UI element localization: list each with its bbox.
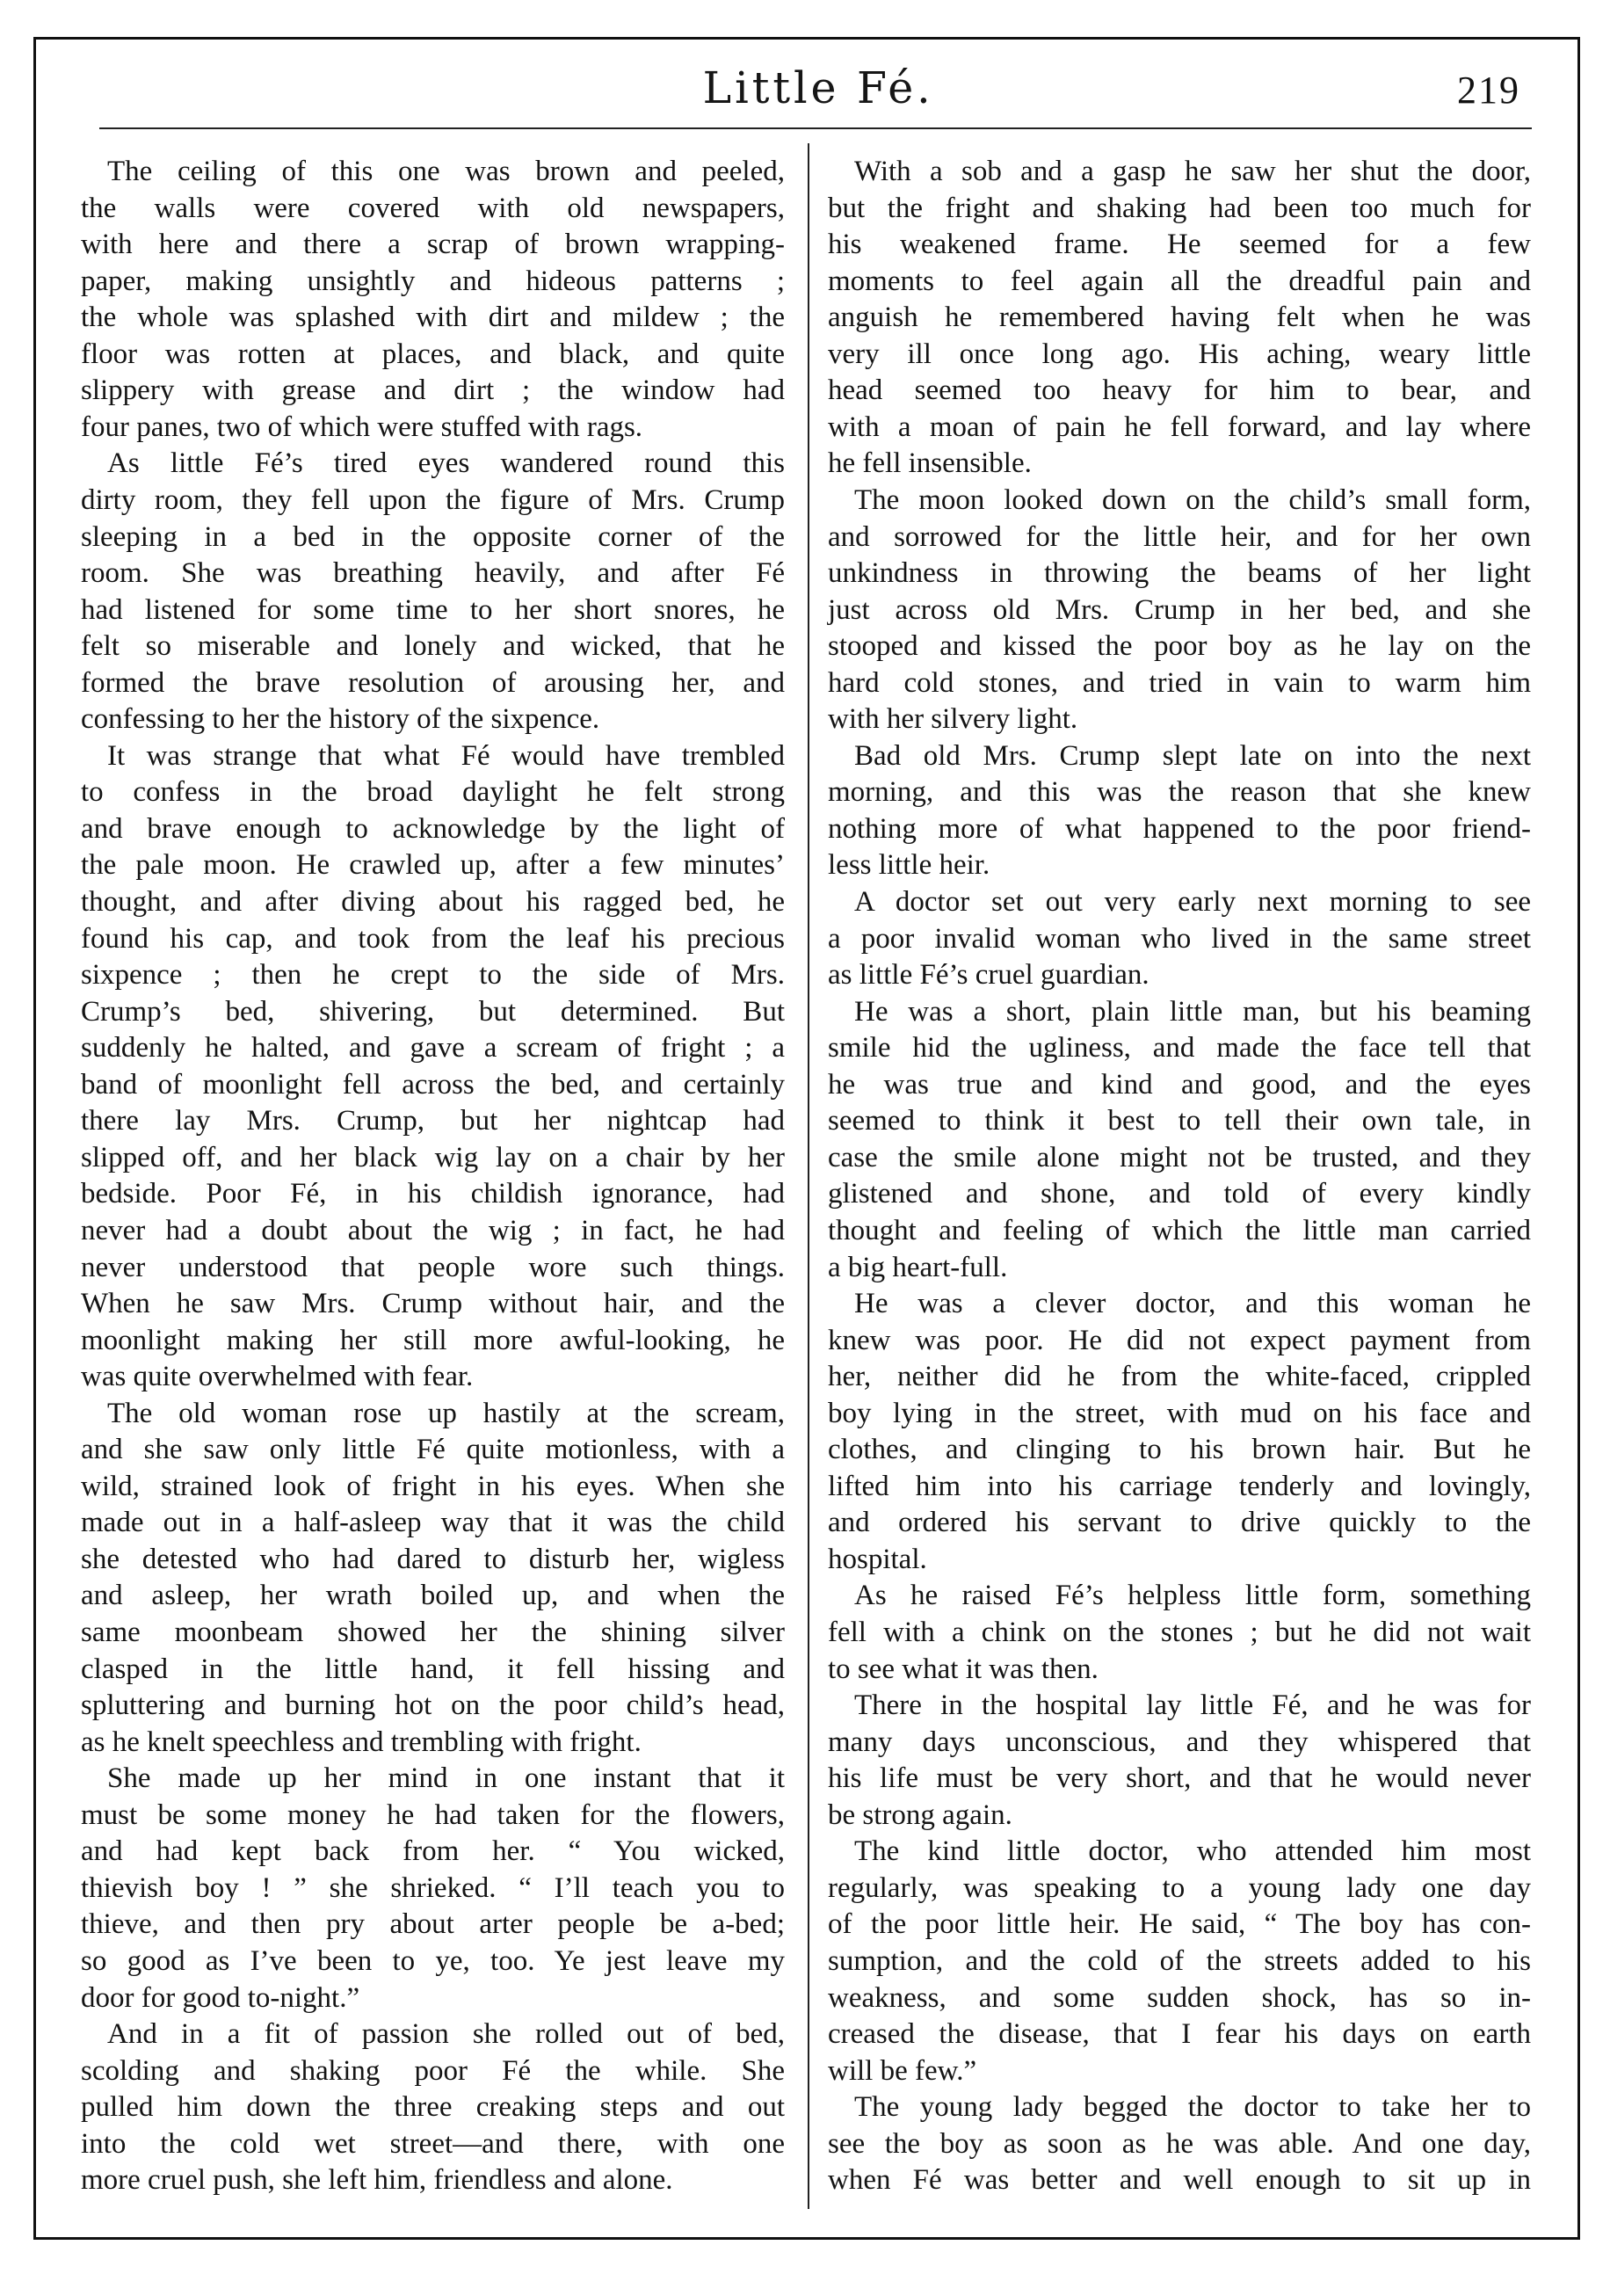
text-line: morning, and this was the reason that sh… bbox=[828, 774, 1531, 810]
text-line: slipped off, and her black wig lay on a … bbox=[81, 1139, 785, 1176]
text-line: when Fé was better and well enough to si… bbox=[828, 2162, 1531, 2198]
text-line: The young lady begged the doctor to take… bbox=[828, 2089, 1531, 2125]
text-line: sixpence ; then he crept to the side of … bbox=[81, 956, 785, 993]
text-line: four panes, two of which were stuffed wi… bbox=[81, 409, 785, 446]
text-line: dirty room, they fell upon the figure of… bbox=[81, 482, 785, 519]
text-line: She made up her mind in one instant that… bbox=[81, 1760, 785, 1797]
text-line: his life must be very short, and that he… bbox=[828, 1760, 1531, 1797]
text-line: and had kept back from her. “ You wicked… bbox=[81, 1833, 785, 1870]
text-line: weakness, and some sudden shock, has so … bbox=[828, 1980, 1531, 2016]
text-line: and sorrowed for the little heir, and fo… bbox=[828, 519, 1531, 556]
text-line: And in a fit of passion she rolled out o… bbox=[81, 2016, 785, 2053]
text-line: will be few.” bbox=[828, 2053, 1531, 2089]
text-line: stooped and kissed the poor boy as he la… bbox=[828, 628, 1531, 665]
text-line: As little Fé’s tired eyes wandered round… bbox=[81, 445, 785, 482]
running-title: Little Fé. bbox=[0, 63, 1610, 113]
text-line: pulled him down the three creaking steps… bbox=[81, 2089, 785, 2125]
text-line: A doctor set out very early next morning… bbox=[828, 883, 1531, 920]
text-line: never understood that people wore such t… bbox=[81, 1249, 785, 1286]
text-line: lifted him into his carriage tenderly an… bbox=[828, 1468, 1531, 1505]
text-line: band of moonlight fell across the bed, a… bbox=[81, 1066, 785, 1103]
text-line: felt so miserable and lonely and wicked,… bbox=[81, 628, 785, 665]
text-line: as little Fé’s cruel guardian. bbox=[828, 956, 1531, 993]
text-line: nothing more of what happened to the poo… bbox=[828, 810, 1531, 847]
text-line: a poor invalid woman who lived in the sa… bbox=[828, 920, 1531, 957]
text-line: of the poor little heir. He said, “ The … bbox=[828, 1906, 1531, 1943]
text-line: thought, and after diving about his ragg… bbox=[81, 883, 785, 920]
text-line: same moonbeam showed her the shining sil… bbox=[81, 1614, 785, 1651]
text-line: had listened for some time to her short … bbox=[81, 592, 785, 628]
text-line: glistened and shone, and told of every k… bbox=[828, 1175, 1531, 1212]
text-line: The kind little doctor, who attended him… bbox=[828, 1833, 1531, 1870]
text-line: case the smile alone might not be truste… bbox=[828, 1139, 1531, 1176]
text-line: must be some money he had taken for the … bbox=[81, 1797, 785, 1834]
running-title-text: Little Fé. bbox=[703, 63, 934, 113]
text-line: regularly, was speaking to a young lady … bbox=[828, 1870, 1531, 1907]
text-line: unkindness in throwing the beams of her … bbox=[828, 555, 1531, 592]
text-line: there lay Mrs. Crump, but her nightcap h… bbox=[81, 1102, 785, 1139]
text-line: The old woman rose up hastily at the scr… bbox=[81, 1395, 785, 1432]
page-number: 219 bbox=[1441, 69, 1520, 113]
text-line: thought and feeling of which the little … bbox=[828, 1212, 1531, 1249]
text-line: to see what it was then. bbox=[828, 1651, 1531, 1688]
text-line: knew was poor. He did not expect payment… bbox=[828, 1322, 1531, 1359]
text-line: and ordered his servant to drive quickly… bbox=[828, 1504, 1531, 1541]
text-line: sleeping in a bed in the opposite corner… bbox=[81, 519, 785, 556]
text-line: boy lying in the street, with mud on his… bbox=[828, 1395, 1531, 1432]
text-line: hospital. bbox=[828, 1541, 1531, 1578]
text-line: clasped in the little hand, it fell hiss… bbox=[81, 1651, 785, 1688]
text-line: he was true and kind and good, and the e… bbox=[828, 1066, 1531, 1103]
text-line: spluttering and burning hot on the poor … bbox=[81, 1687, 785, 1724]
text-line: hard cold stones, and tried in vain to w… bbox=[828, 665, 1531, 701]
text-line: and asleep, her wrath boiled up, and whe… bbox=[81, 1577, 785, 1614]
text-line: made out in a half-asleep way that it wa… bbox=[81, 1504, 785, 1541]
text-line: was quite overwhelmed with fear. bbox=[81, 1358, 785, 1395]
text-line: she detested who had dared to disturb he… bbox=[81, 1541, 785, 1578]
text-line: head seemed too heavy for him to bear, a… bbox=[828, 372, 1531, 409]
text-line: The moon looked down on the child’s smal… bbox=[828, 482, 1531, 519]
text-line: suddenly he halted, and gave a scream of… bbox=[81, 1029, 785, 1066]
text-line: thievish boy ! ” she shrieked. “ I’ll te… bbox=[81, 1870, 785, 1907]
text-line: He was a short, plain little man, but hi… bbox=[828, 993, 1531, 1030]
text-line: with here and there a scrap of brown wra… bbox=[81, 226, 785, 263]
text-line: but the fright and shaking had been too … bbox=[828, 190, 1531, 227]
text-line: as he knelt speechless and trembling wit… bbox=[81, 1724, 785, 1761]
text-line: bedside. Poor Fé, in his childish ignora… bbox=[81, 1175, 785, 1212]
text-line: he fell insensible. bbox=[828, 445, 1531, 482]
text-line: With a sob and a gasp he saw her shut th… bbox=[828, 153, 1531, 190]
text-line: the pale moon. He crawled up, after a fe… bbox=[81, 846, 785, 883]
text-line: very ill once long ago. His aching, wear… bbox=[828, 336, 1531, 373]
text-line: The ceiling of this one was brown and pe… bbox=[81, 153, 785, 190]
text-line: wild, strained look of fright in his eye… bbox=[81, 1468, 785, 1505]
text-line: just across old Mrs. Crump in her bed, a… bbox=[828, 592, 1531, 628]
text-line: room. She was breathing heavily, and aft… bbox=[81, 555, 785, 592]
text-line: so good as I’ve been to ye, too. Ye jest… bbox=[81, 1943, 785, 1980]
text-line: his weakened frame. He seemed for a few bbox=[828, 226, 1531, 263]
text-line: When he saw Mrs. Crump without hair, and… bbox=[81, 1285, 785, 1322]
text-line: with a moan of pain he fell forward, and… bbox=[828, 409, 1531, 446]
text-line: seemed to think it best to tell their ow… bbox=[828, 1102, 1531, 1139]
text-line: Crump’s bed, shivering, but determined. … bbox=[81, 993, 785, 1030]
text-line: be strong again. bbox=[828, 1797, 1531, 1834]
text-line: into the cold wet street—and there, with… bbox=[81, 2125, 785, 2162]
text-line: with her silvery light. bbox=[828, 701, 1531, 737]
text-line: never had a doubt about the wig ; in fac… bbox=[81, 1212, 785, 1249]
text-line: her, neither did he from the white-faced… bbox=[828, 1358, 1531, 1395]
text-line: moments to feel again all the dreadful p… bbox=[828, 263, 1531, 300]
header-rule bbox=[99, 127, 1532, 129]
text-line: It was strange that what Fé would have t… bbox=[81, 737, 785, 774]
text-line: Bad old Mrs. Crump slept late on into th… bbox=[828, 737, 1531, 774]
text-line: He was a clever doctor, and this woman h… bbox=[828, 1285, 1531, 1322]
text-line: moonlight making her still more awful-lo… bbox=[81, 1322, 785, 1359]
text-line: formed the brave resolution of arousing … bbox=[81, 665, 785, 701]
text-line: As he raised Fé’s helpless little form, … bbox=[828, 1577, 1531, 1614]
text-line: smile hid the ugliness, and made the fac… bbox=[828, 1029, 1531, 1066]
text-line: to confess in the broad daylight he felt… bbox=[81, 774, 785, 810]
text-line: see the boy as soon as he was able. And … bbox=[828, 2125, 1531, 2162]
text-line: the walls were covered with old newspape… bbox=[81, 190, 785, 227]
text-line: many days unconscious, and they whispere… bbox=[828, 1724, 1531, 1761]
text-line: found his cap, and took from the leaf hi… bbox=[81, 920, 785, 957]
text-line: slippery with grease and dirt ; the wind… bbox=[81, 372, 785, 409]
text-line: confessing to her the history of the six… bbox=[81, 701, 785, 737]
text-line: thieve, and then pry about arter people … bbox=[81, 1906, 785, 1943]
text-line: door for good to-night.” bbox=[81, 1980, 785, 2016]
text-line: more cruel push, she left him, friendles… bbox=[81, 2162, 785, 2198]
text-line: clothes, and clinging to his brown hair.… bbox=[828, 1431, 1531, 1468]
text-line: There in the hospital lay little Fé, and… bbox=[828, 1687, 1531, 1724]
text-line: anguish he remembered having felt when h… bbox=[828, 299, 1531, 336]
text-line: fell with a chink on the stones ; but he… bbox=[828, 1614, 1531, 1651]
text-line: scolding and shaking poor Fé the while. … bbox=[81, 2053, 785, 2089]
text-line: a big heart-full. bbox=[828, 1249, 1531, 1286]
text-line: and she saw only little Fé quite motionl… bbox=[81, 1431, 785, 1468]
column-divider bbox=[808, 143, 809, 2209]
text-line: the whole was splashed with dirt and mil… bbox=[81, 299, 785, 336]
text-line: paper, making unsightly and hideous patt… bbox=[81, 263, 785, 300]
text-line: floor was rotten at places, and black, a… bbox=[81, 336, 785, 373]
text-line: less little heir. bbox=[828, 846, 1531, 883]
text-line: and brave enough to acknowledge by the l… bbox=[81, 810, 785, 847]
text-line: creased the disease, that I fear his day… bbox=[828, 2016, 1531, 2053]
text-line: sumption, and the cold of the streets ad… bbox=[828, 1943, 1531, 1980]
